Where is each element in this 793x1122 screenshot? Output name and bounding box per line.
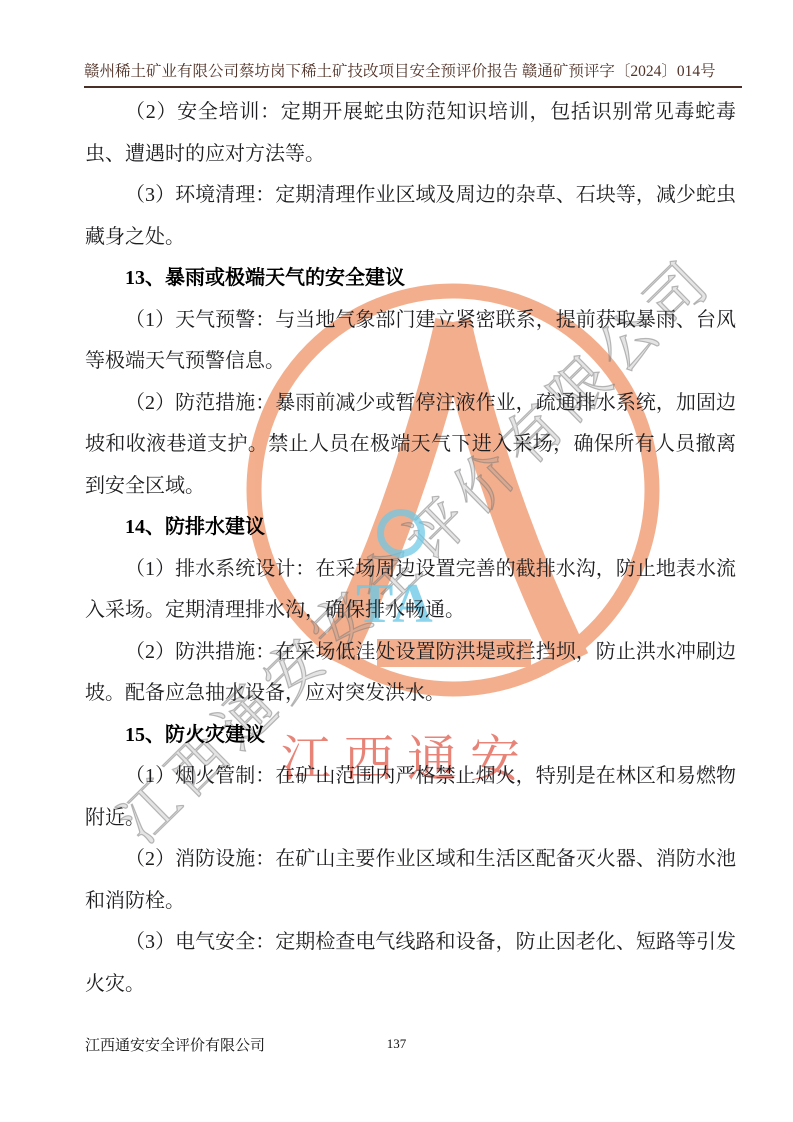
section-heading: 14、防排水建议 — [85, 507, 736, 549]
page-number: 137 — [0, 1036, 793, 1052]
body-paragraph: （1）烟火管制：在矿山范围内严格禁止烟火，特别是在林区和易燃物附近。 — [85, 756, 736, 839]
body-paragraph: （3）电气安全：定期检查电气线路和设备，防止因老化、短路等引发火灾。 — [85, 922, 736, 1005]
page-header-title: 赣州稀土矿业有限公司蔡坊岗下稀土矿技改项目安全预评价报告 赣通矿预评字〔2024… — [84, 61, 742, 88]
document-page: 江西通安安全评价有限公司 TA 江西通安 赣州稀土矿业有限公司蔡坊岗下稀土矿技改… — [0, 0, 793, 1122]
body-paragraph: （2）消防设施：在矿山主要作业区域和生活区配备灭火器、消防水池和消防栓。 — [85, 839, 736, 922]
body-paragraph: （2）防范措施：暴雨前减少或暂停注液作业，疏通排水系统，加固边坡和收液巷道支护。… — [85, 383, 736, 508]
body-paragraph: （1）天气预警：与当地气象部门建立紧密联系，提前获取暴雨、台风等极端天气预警信息… — [85, 300, 736, 383]
section-heading: 15、防火灾建议 — [85, 715, 736, 757]
body-paragraph: （3）环境清理：定期清理作业区域及周边的杂草、石块等，减少蛇虫藏身之处。 — [85, 175, 736, 258]
section-heading: 13、暴雨或极端天气的安全建议 — [85, 258, 736, 300]
body-paragraph: （1）排水系统设计：在采场周边设置完善的截排水沟，防止地表水流入采场。定期清理排… — [85, 549, 736, 632]
document-body: （2）安全培训：定期开展蛇虫防范知识培训，包括识别常见毒蛇毒虫、遭遇时的应对方法… — [85, 92, 736, 1005]
body-paragraph: （2）防洪措施：在采场低洼处设置防洪堤或拦挡坝，防止洪水冲刷边坡。配备应急抽水设… — [85, 632, 736, 715]
body-paragraph: （2）安全培训：定期开展蛇虫防范知识培训，包括识别常见毒蛇毒虫、遭遇时的应对方法… — [85, 92, 736, 175]
